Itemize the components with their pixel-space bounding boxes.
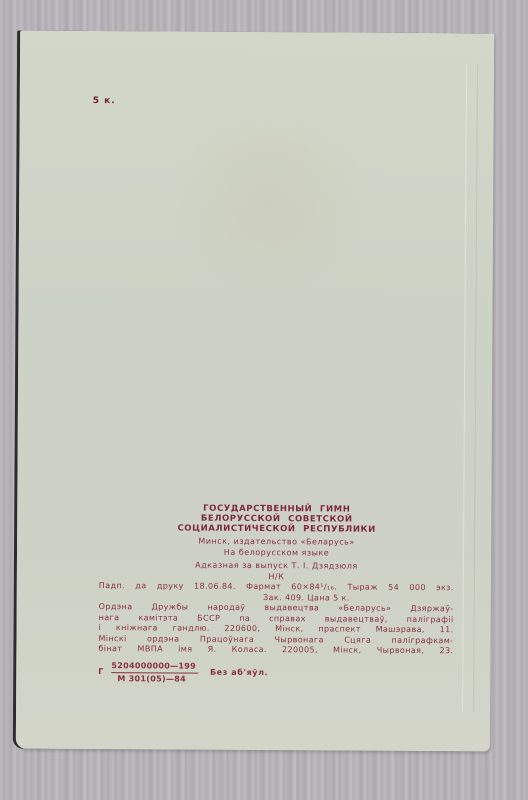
index-letter: Г <box>98 667 103 678</box>
index-fraction: 5204000000—199 М 301(05)—84 <box>111 661 198 686</box>
index-numerator: 5204000000—199 <box>111 661 198 674</box>
index-denominator: М 301(05)—84 <box>111 673 186 685</box>
catalog-index: Г 5204000000—199 М 301(05)—84 Без аб'яўл… <box>98 661 453 687</box>
annotation-note: Без аб'яўл. <box>210 668 268 679</box>
paper-stain <box>169 101 370 302</box>
anthem-title: ГОСУДАРСТВЕННЫЙ ГИМН БЕЛОРУССКОЙ СОВЕТСК… <box>99 503 454 535</box>
imprint-block: ГОСУДАРСТВЕННЫЙ ГИМН БЕЛОРУССКОЙ СОВЕТСК… <box>98 503 454 687</box>
price-mark: 5 к. <box>93 96 116 106</box>
print-info-line: Падп. да друку 18.06.84. Фармат 60×84¹/₁… <box>99 581 454 594</box>
publisher-detail-line: бінат МВПА імя Я. Коласа. 220005, Мінск,… <box>98 644 453 657</box>
postcard-back: 5 к. ГОСУДАРСТВЕННЫЙ ГИМН БЕЛОРУССКОЙ СО… <box>16 31 494 752</box>
